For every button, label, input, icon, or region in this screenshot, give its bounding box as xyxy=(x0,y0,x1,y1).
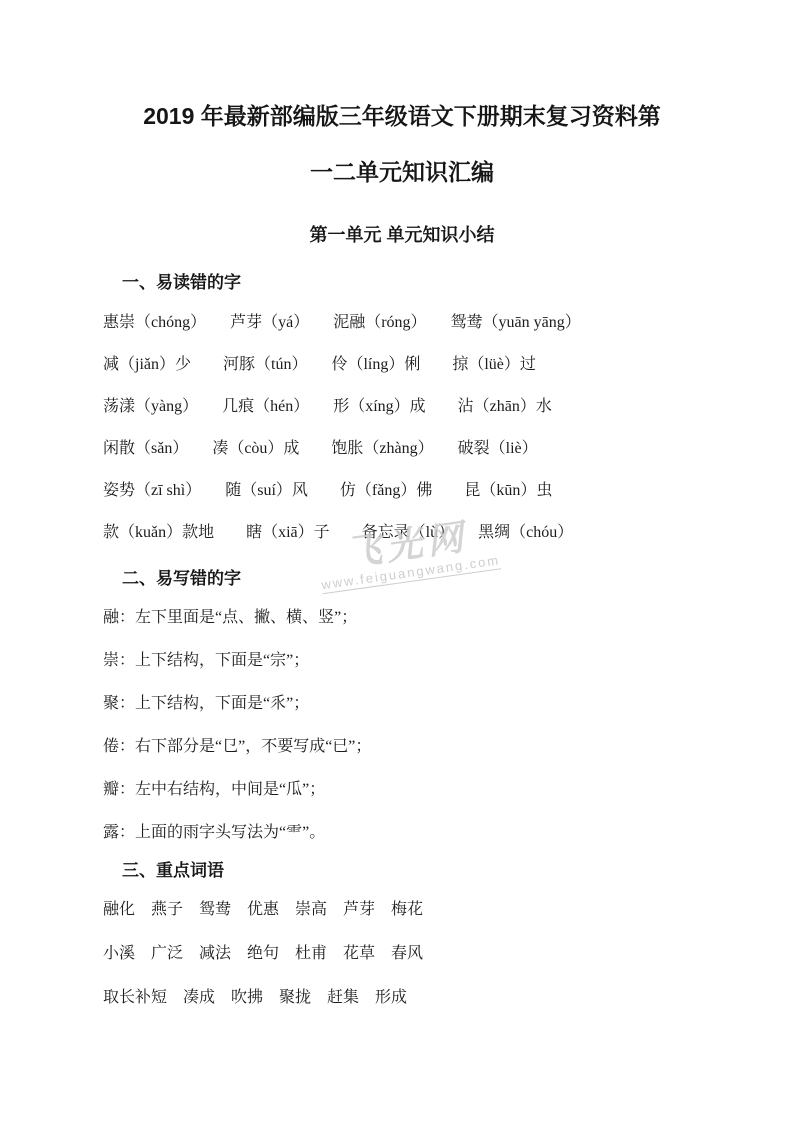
miswrite-item-chong: 崇：上下结构，下面是“宗”； xyxy=(103,639,701,682)
miswrite-item-juan: 倦：右下部分是“㔾”，不要写成“已”； xyxy=(103,725,701,768)
document-page: 2019 年最新部编版三年级语文下册期末复习资料第 一二单元知识汇编 第一单元 … xyxy=(0,0,793,1122)
title-line-2: 一二单元知识汇编 xyxy=(103,144,701,200)
section-heading-misread: 一、易读错的字 xyxy=(122,270,701,296)
misread-row-5: 姿势（zī shì） 随（suí）风 仿（fǎng）佛 昆（kūn）虫 xyxy=(103,470,701,512)
section-heading-miswrite: 二、易写错的字 xyxy=(122,566,701,592)
keyword-row-1: 融化 燕子 鸳鸯 优惠 崇高 芦芽 梅花 xyxy=(103,888,701,932)
misread-row-3: 荡漾（yàng） 几痕（hén） 形（xíng）成 沾（zhān）水 xyxy=(103,386,701,428)
miswrite-item-lu: 露：上面的雨字头写法为“⻗”。 xyxy=(103,811,701,854)
document-title: 2019 年最新部编版三年级语文下册期末复习资料第 一二单元知识汇编 xyxy=(103,0,701,200)
keyword-row-2: 小溪 广泛 减法 绝句 杜甫 花草 春风 xyxy=(103,932,701,976)
misread-row-6: 款（kuǎn）款地 瞎（xiā）子 备忘录（lù） 黑绸（chóu） xyxy=(103,512,701,554)
keyword-rows: 融化 燕子 鸳鸯 优惠 崇高 芦芽 梅花 小溪 广泛 减法 绝句 杜甫 花草 春… xyxy=(103,888,701,1020)
misread-rows: 惠崇（chóng） 芦芽（yá） 泥融（róng） 鸳鸯（yuān yāng） … xyxy=(103,302,701,554)
miswrite-item-ju: 聚：上下结构，下面是“乑”； xyxy=(103,682,701,725)
misread-row-2: 减（jiǎn）少 河豚（tún） 伶（líng）俐 掠（lüè）过 xyxy=(103,344,701,386)
miswrite-item-rong: 融：左下里面是“点、撇、横、竖”； xyxy=(103,596,701,639)
unit-subtitle: 第一单元 单元知识小结 xyxy=(103,222,701,248)
misread-row-4: 闲散（sǎn） 凑（còu）成 饱胀（zhàng） 破裂（liè） xyxy=(103,428,701,470)
keyword-row-3: 取长补短 凑成 吹拂 聚拢 赶集 形成 xyxy=(103,976,701,1020)
title-line-1: 2019 年最新部编版三年级语文下册期末复习资料第 xyxy=(103,88,701,144)
section-heading-keywords: 三、重点词语 xyxy=(122,858,701,884)
misread-row-1: 惠崇（chóng） 芦芽（yá） 泥融（róng） 鸳鸯（yuān yāng） xyxy=(103,302,701,344)
miswrite-item-ban: 瓣：左中右结构，中间是“瓜”； xyxy=(103,768,701,811)
miswrite-items: 融：左下里面是“点、撇、横、竖”； 崇：上下结构，下面是“宗”； 聚：上下结构，… xyxy=(103,596,701,854)
